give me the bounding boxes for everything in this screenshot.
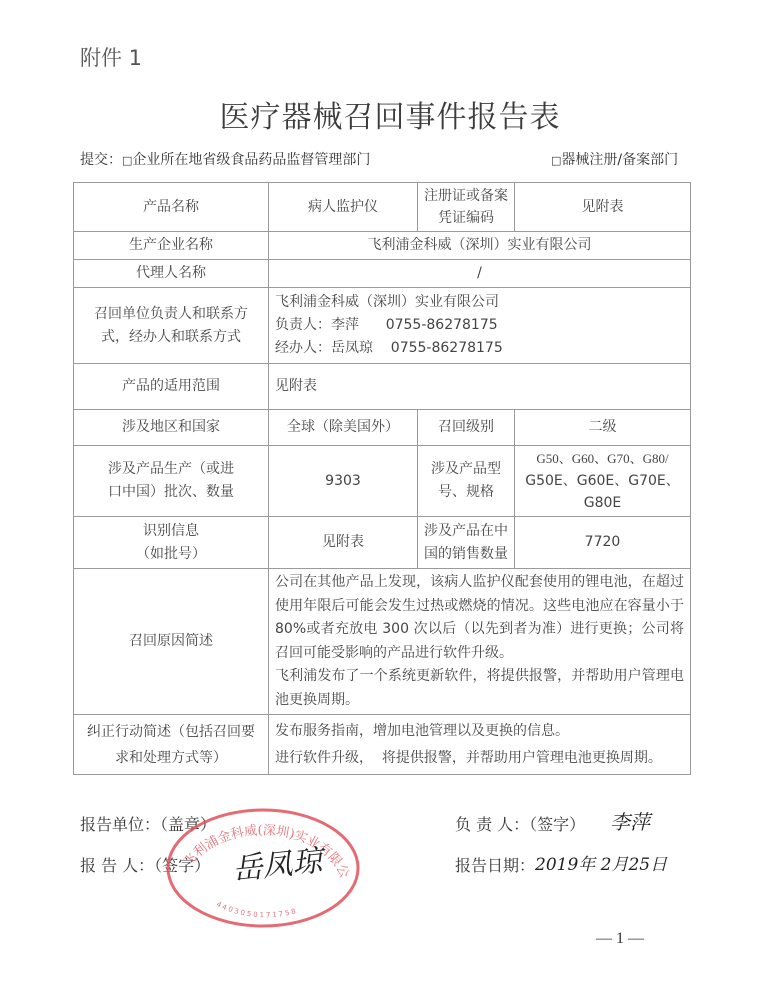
responsible-signature: 李萍 [610,806,650,835]
china-sales-label: 涉及产品在中国的销售数量 [418,517,515,569]
batch-label: 涉及产品生产（或进口中国）批次、数量 [74,446,269,517]
model-value: G50、G60、G70、G80/ G50E、G60E、G70E、 G80E [515,446,691,517]
id-info-label-1: 识别信息 [80,520,262,543]
recall-level-value: 二级 [515,410,691,446]
registration-label: 注册证或备案凭证编码 [418,183,515,232]
attachment-label: 附件 1 [80,42,142,72]
registration-value: 见附表 [515,183,691,232]
contact-value: 飞利浦金科威（深圳）实业有限公司 负责人：李萍 0755-86278175 经办… [269,288,691,364]
reason-paragraph-2: 飞利浦发布了一个系统更新软件，将提供报警，并帮助用户管理电池更换周期。 [275,665,684,712]
submit-line: 提交：□企业所在地省级食品药品监督管理部门 [80,149,370,169]
action-paragraph-1: 发布服务指南，增加电池管理以及更换的信息。 [275,718,684,745]
report-date-value: 2019年 2月25日 [535,850,667,875]
responsible-label: 负 责 人：（签字） [455,812,585,835]
model-line-1: G50、G60、G70、G80/ [521,448,684,470]
model-line-3: G80E [521,492,684,514]
submit-option-registration: 器械注册/备案部门 [561,152,678,168]
region-label: 涉及地区和国家 [74,410,269,446]
china-sales-value: 7720 [515,517,691,569]
submit-prefix: 提交： [80,152,122,168]
batch-value: 9303 [269,446,418,517]
product-name-label: 产品名称 [74,183,269,232]
manufacturer-value: 飞利浦金科威（深圳）实业有限公司 [269,232,691,260]
id-info-value: 见附表 [269,517,418,569]
model-label: 涉及产品型号、规格 [418,446,515,517]
contact-company: 飞利浦金科威（深圳）实业有限公司 [275,291,684,314]
region-value: 全球（除美国外） [269,410,418,446]
submit-line-right: □器械注册/备案部门 [551,149,678,169]
checkbox-registration[interactable]: □ [551,154,561,167]
contact-responsible: 负责人：李萍 0755-86278175 [275,314,684,337]
action-paragraph-2: 进行软件升级， 将提供报警，并帮助用户管理电池更换周期。 [275,745,684,772]
reason-value: 公司在其他产品上发现，该病人监护仪配套使用的锂电池，在超过使用年限后可能会发生过… [269,569,691,715]
document-title: 医疗器械召回事件报告表 [0,92,780,136]
reason-label: 召回原因简述 [74,569,269,715]
id-info-label-2: （如批号） [80,543,262,566]
id-info-label: 识别信息 （如批号） [74,517,269,569]
checkbox-provincial[interactable]: □ [122,154,132,167]
product-name-value: 病人监护仪 [269,183,418,232]
agent-label: 代理人名称 [74,260,269,288]
model-line-2: G50E、G60E、G70E、 [521,470,684,492]
scope-value: 见附表 [269,364,691,410]
stamp-number: 4403050171758 [215,900,299,919]
svg-text:4403050171758: 4403050171758 [215,900,299,919]
manufacturer-label: 生产企业名称 [74,232,269,260]
submit-option-provincial: 企业所在地省级食品药品监督管理部门 [132,152,370,168]
recall-report-table: 产品名称 病人监护仪 注册证或备案凭证编码 见附表 生产企业名称 飞利浦金科威（… [73,182,691,775]
action-label: 纠正行动简述（包括召回要求和处理方式等） [74,715,269,775]
agent-value: / [269,260,691,288]
contact-handler: 经办人：岳凤琼 0755-86278175 [275,337,684,360]
reason-paragraph-1: 公司在其他产品上发现，该病人监护仪配套使用的锂电池，在超过使用年限后可能会发生过… [275,571,684,665]
report-date-label: 报告日期： [455,853,535,876]
recall-level-label: 召回级别 [418,410,515,446]
scope-label: 产品的适用范围 [74,364,269,410]
contact-label: 召回单位负责人和联系方式，经办人和联系方式 [74,288,269,364]
reporter-signature: 岳凤琼 [230,835,324,888]
action-value: 发布服务指南，增加电池管理以及更换的信息。 进行软件升级， 将提供报警，并帮助用… [269,715,691,775]
page-number: — 1 — [596,930,644,948]
